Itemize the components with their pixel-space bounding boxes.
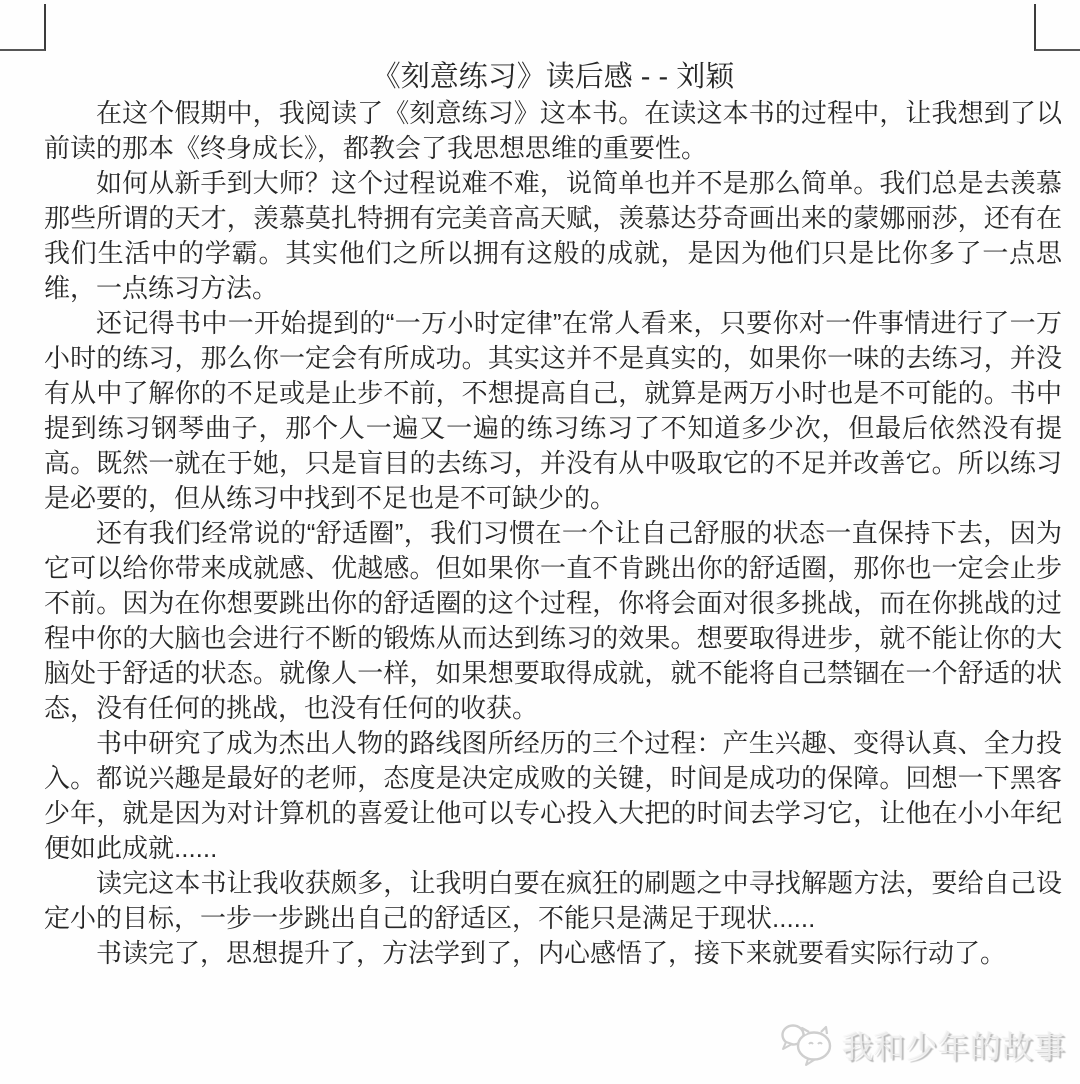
watermark: 我和少年的故事 <box>780 1020 1066 1068</box>
chat-bubbles-icon <box>780 1020 836 1068</box>
paragraph: 如何从新手到大师？这个过程说难不难，说简单也并不是那么简单。我们总是去羡慕那些所… <box>44 166 1062 306</box>
paragraph: 读完这本书让我收获颇多，让我明白要在疯狂的刷题之中寻找解题方法，要给自己设定小的… <box>44 866 1062 936</box>
document-title: 《刻意练习》读后感 - - 刘颖 <box>44 58 1062 96</box>
paragraph: 还记得书中一开始提到的“一万小时定律”在常人看来，只要你对一件事情进行了一万小时… <box>44 306 1062 516</box>
watermark-text: 我和少年的故事 <box>842 1022 1066 1067</box>
document-page: 《刻意练习》读后感 - - 刘颖 在这个假期中，我阅读了《刻意练习》这本书。在读… <box>0 0 1080 1084</box>
page-corner-mark-top-right <box>1034 4 1080 51</box>
paragraph: 书中研究了成为杰出人物的路线图所经历的三个过程：产生兴趣、变得认真、全力投入。都… <box>44 726 1062 866</box>
paragraph: 还有我们经常说的“舒适圈”，我们习惯在一个让自己舒服的状态一直保持下去，因为它可… <box>44 516 1062 726</box>
page-corner-mark-top-left <box>0 4 46 51</box>
paragraph: 在这个假期中，我阅读了《刻意练习》这本书。在读这本书的过程中，让我想到了以前读的… <box>44 96 1062 166</box>
document-body: 《刻意练习》读后感 - - 刘颖 在这个假期中，我阅读了《刻意练习》这本书。在读… <box>44 58 1062 971</box>
paragraph: 书读完了，思想提升了，方法学到了，内心感悟了，接下来就要看实际行动了。 <box>44 936 1062 971</box>
